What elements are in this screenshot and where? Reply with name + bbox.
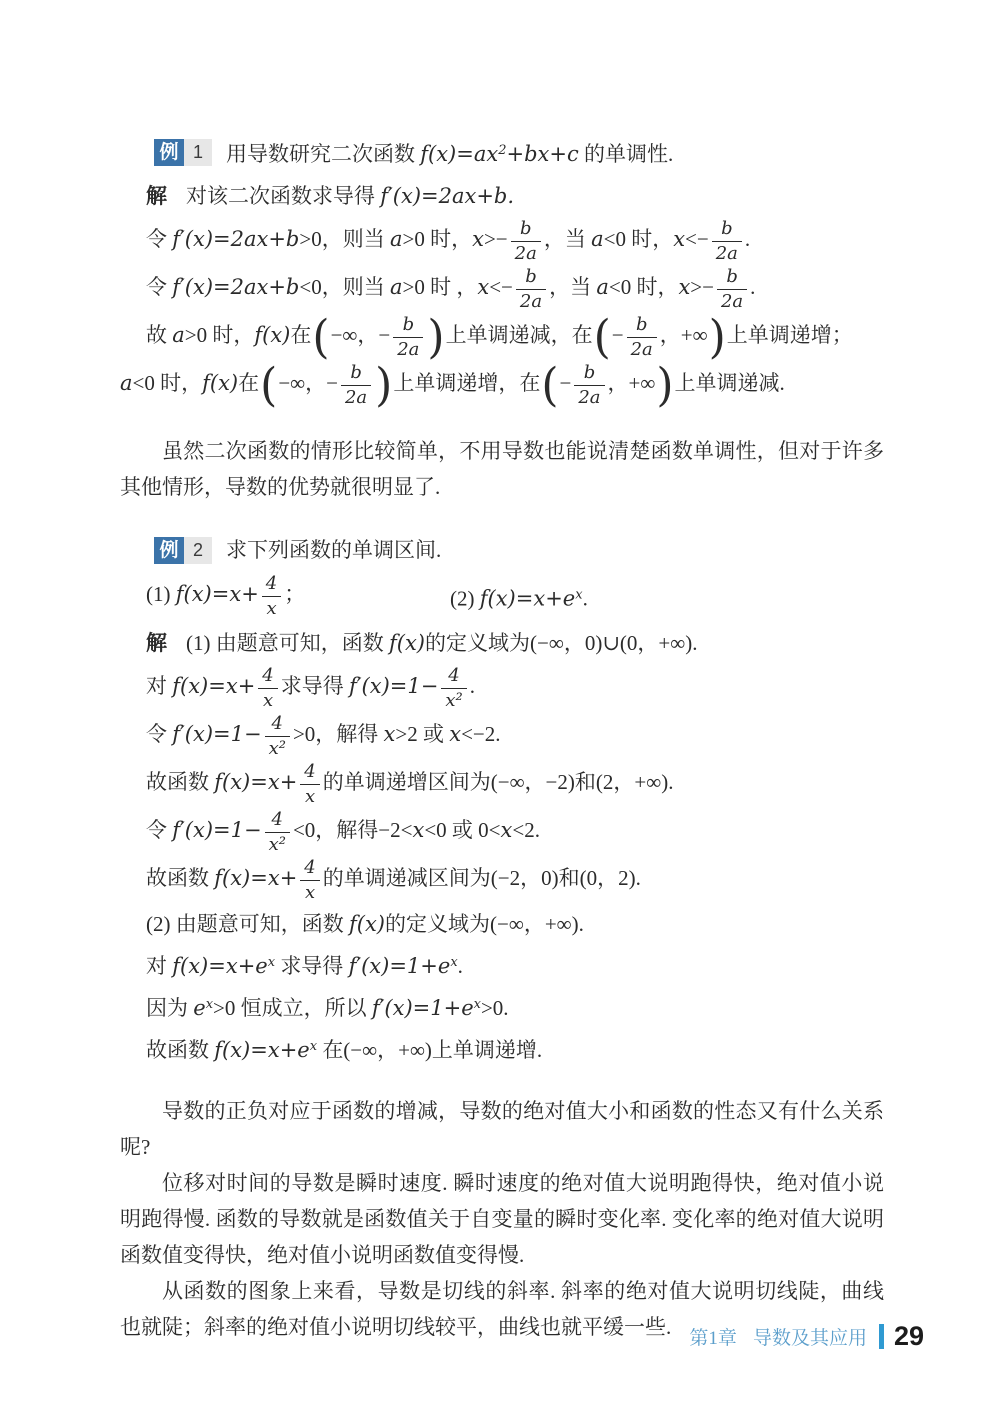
text-run: 用导数研究二次函数: [226, 142, 420, 166]
math-run: f(x): [254, 323, 290, 347]
footer-page-number: 29: [894, 1321, 924, 1352]
text-run: >−: [484, 227, 508, 251]
fraction-numerator: 4: [258, 667, 277, 688]
superscript: 2: [498, 143, 506, 158]
fraction-numerator: 4: [265, 811, 290, 832]
fraction: b2a: [627, 316, 657, 359]
big-paren: (: [594, 317, 611, 359]
text-run: −: [612, 323, 624, 347]
rich-text: 令 f′(x)=1−4x²<0，解得−2<x<0 或 0<x<2.: [146, 818, 540, 842]
superscript: x: [474, 997, 481, 1012]
text-run: 的单调性.: [579, 142, 674, 166]
math-run: f(x): [349, 912, 385, 936]
math-line: 令 f′(x)=1−4x²>0，解得 x>2 或 x<−2.: [120, 715, 884, 758]
fraction-denominator: 2a: [627, 337, 657, 359]
math-run: f′(x)=1−: [349, 674, 438, 698]
text-run: 求导得: [275, 954, 349, 978]
example-heading: 例2求下列函数的单调区间.: [120, 535, 884, 565]
math-run: a: [120, 371, 133, 395]
paragraph: 导数的正负对应于函数的增减，导数的绝对值大小和函数的性态又有什么关系呢?: [120, 1093, 884, 1165]
example-badge-label: 例: [154, 139, 184, 166]
text-run: 故函数: [146, 1038, 214, 1062]
math-run: f′(x)=2ax+b: [172, 275, 299, 299]
text-run: 令: [146, 275, 172, 299]
rich-text: a<0 时，f(x)在(−∞，−b2a)上单调递增，在(−b2a，+∞)上单调递…: [120, 371, 785, 395]
rich-text: 对 f(x)=x+4x求导得 f′(x)=1−4x².: [146, 674, 475, 698]
text-run: 求导得: [281, 674, 349, 698]
text-run: 求下列函数的单调区间.: [226, 538, 441, 562]
text-run: <−: [685, 227, 709, 251]
math-run: x: [472, 227, 484, 251]
text-run: (2): [450, 586, 480, 610]
text-run: −: [560, 371, 572, 395]
fraction-numerator: b: [341, 364, 371, 385]
math-run: a: [596, 275, 609, 299]
page-footer: 第1章 导数及其应用 29: [689, 1321, 924, 1352]
math-run: f(x)=x+e: [172, 954, 267, 978]
rich-text: 对该二次函数求导得 f′(x)=2ax+b.: [186, 184, 514, 208]
text-run: ，当: [544, 227, 591, 251]
rich-text: 故函数 f(x)=x+4x的单调递减区间为(−2，0)和(0，2).: [146, 866, 641, 890]
superscript: x: [310, 1039, 317, 1054]
math-run: f′(x)=1+e: [349, 954, 451, 978]
text-run: (1): [146, 582, 176, 606]
text-run: 上单调递增；: [727, 323, 853, 347]
big-paren: ): [375, 365, 392, 407]
fraction-denominator: x: [258, 688, 277, 710]
math-line: 令 f′(x)=1−4x²<0，解得−2<x<0 或 0<x<2.: [120, 811, 884, 854]
math-run: f(x): [389, 631, 425, 655]
content-area: 例1用导数研究二次函数 f(x)=ax2+bx+c 的单调性.解对该二次函数求导…: [120, 136, 884, 1345]
column-item-1: (1) f(x)=x+4x；: [146, 582, 305, 606]
fraction: b2a: [393, 316, 423, 359]
superscript: x: [575, 587, 582, 602]
big-paren: ): [656, 365, 673, 407]
math-run: a: [172, 323, 185, 347]
math-run: e: [193, 996, 205, 1020]
fraction: 4x²: [265, 715, 290, 758]
rich-text: (1) f(x)=x+4x；: [146, 582, 305, 606]
math-run: f′(x)=1−: [172, 818, 261, 842]
big-paren: (: [541, 365, 558, 407]
fraction-numerator: 4: [300, 859, 319, 880]
text-run: 在(−∞，+∞)上单调递增.: [317, 1038, 542, 1062]
text-run: −∞，−: [278, 371, 338, 395]
text-run: (2) 由题意可知，函数: [146, 912, 349, 936]
math-run: f(x)=x+e: [480, 586, 575, 610]
math-line: 令 f′(x)=2ax+b<0，则当 a>0 时 ，x<−b2a，当 a<0 时…: [120, 268, 884, 311]
math-line: 故函数 f(x)=x+4x的单调递减区间为(−2，0)和(0，2).: [120, 859, 884, 902]
rich-text: 求下列函数的单调区间.: [226, 535, 441, 565]
rich-text: (1) 由题意可知，函数 f(x)的定义域为(−∞，0)∪(0，+∞).: [186, 631, 697, 655]
math-run: f(x): [202, 371, 238, 395]
math-line: a<0 时，f(x)在(−∞，−b2a)上单调递增，在(−b2a，+∞)上单调递…: [120, 364, 884, 407]
math-line: 令 f′(x)=2ax+b>0，则当 a>0 时，x>−b2a，当 a<0 时，…: [120, 220, 884, 263]
text-run: .: [458, 954, 463, 978]
math-run: x: [412, 818, 424, 842]
fraction-denominator: 2a: [511, 241, 541, 263]
text-run: 的定义域为(−∞，0)∪(0，+∞).: [425, 631, 697, 655]
text-run: ，当: [549, 275, 596, 299]
text-run: >0 时，: [403, 227, 473, 251]
text-run: 上单调递减，在: [446, 323, 593, 347]
fraction-numerator: b: [516, 268, 546, 289]
math-run: f′(x)=2ax+b: [172, 227, 299, 251]
big-paren: ): [709, 317, 726, 359]
text-run: >0.: [481, 996, 509, 1020]
rich-text: 故函数 f(x)=x+ex 在(−∞，+∞)上单调递增.: [146, 1038, 542, 1062]
text-run: .: [583, 586, 588, 610]
text-run: 故函数: [146, 770, 214, 794]
text-run: 故函数: [146, 866, 214, 890]
text-run: .: [750, 275, 755, 299]
example-heading: 例1用导数研究二次函数 f(x)=ax2+bx+c 的单调性.: [120, 136, 884, 169]
text-run: 的单调递增区间为(−∞，−2)和(2，+∞).: [323, 770, 674, 794]
fraction-denominator: x: [300, 880, 319, 902]
math-line: (2) 由题意可知，函数 f(x)的定义域为(−∞，+∞).: [120, 907, 884, 941]
math-line: 因为 ex>0 恒成立，所以 f′(x)=1+ex>0.: [120, 988, 884, 1025]
footer-divider-bar: [879, 1324, 884, 1349]
rich-text: 因为 ex>0 恒成立，所以 f′(x)=1+ex>0.: [146, 996, 509, 1020]
paragraph: 位移对时间的导数是瞬时速度. 瞬时速度的绝对值大说明跑得快，绝对值小说明跑得慢.…: [120, 1165, 884, 1273]
solution-line: 解(1) 由题意可知，函数 f(x)的定义域为(−∞，0)∪(0，+∞).: [120, 626, 884, 660]
math-run: a: [591, 227, 604, 251]
fraction-numerator: b: [712, 220, 742, 241]
fraction-numerator: b: [574, 364, 604, 385]
rich-text: 对 f(x)=x+ex 求导得 f′(x)=1+ex.: [146, 954, 463, 978]
text-run: <0，解得−2<: [293, 818, 413, 842]
math-run: f′(x)=2ax+b.: [380, 184, 514, 208]
fraction-denominator: 2a: [516, 289, 546, 311]
fraction: 4x²: [265, 811, 290, 854]
math-line: 故函数 f(x)=x+4x的单调递增区间为(−∞，−2)和(2，+∞).: [120, 763, 884, 806]
math-run: f(x)=x+: [214, 866, 297, 890]
rich-text: (2) f(x)=x+ex.: [450, 586, 588, 610]
fraction-numerator: b: [627, 316, 657, 337]
math-run: x: [678, 275, 690, 299]
fraction: 4x: [258, 667, 277, 710]
superscript: x: [268, 955, 275, 970]
text-run: 因为: [146, 996, 193, 1020]
text-run: 在: [238, 371, 259, 395]
math-run: x: [384, 722, 396, 746]
big-paren: ): [427, 317, 444, 359]
text-run: >0 时 ，: [403, 275, 478, 299]
text-run: >0 时，: [185, 323, 255, 347]
text-run: <0 时，: [133, 371, 203, 395]
text-run: 令: [146, 818, 172, 842]
fraction: b2a: [516, 268, 546, 311]
rich-text: 令 f′(x)=1−4x²>0，解得 x>2 或 x<−2.: [146, 722, 501, 746]
text-run: >2 或: [395, 722, 449, 746]
math-run: f′(x)=1+e: [372, 996, 474, 1020]
text-run: >0 恒成立，所以: [213, 996, 372, 1020]
math-run: f(x)=x+: [172, 674, 255, 698]
math-run: f(x)=x+e: [214, 1038, 309, 1062]
example-badge-label: 例: [154, 537, 184, 564]
text-run: <−: [489, 275, 513, 299]
big-paren: (: [312, 317, 329, 359]
fraction-denominator: 2a: [341, 385, 371, 407]
fraction-denominator: 2a: [712, 241, 742, 263]
rich-text: 故函数 f(x)=x+4x的单调递增区间为(−∞，−2)和(2，+∞).: [146, 770, 673, 794]
math-line: 故函数 f(x)=x+ex 在(−∞，+∞)上单调递增.: [120, 1030, 884, 1067]
math-line: 对 f(x)=x+ex 求导得 f′(x)=1+ex.: [120, 946, 884, 983]
text-run: <0 或 0<: [424, 818, 500, 842]
text-run: <0 时，: [609, 275, 679, 299]
text-run: >−: [690, 275, 714, 299]
text-run: 令: [146, 227, 172, 251]
fraction: 4x: [262, 575, 281, 618]
math-run: f(x)=x+: [176, 582, 259, 606]
fraction-numerator: 4: [262, 575, 281, 596]
fraction-denominator: x²: [265, 832, 290, 854]
superscript: x: [206, 997, 213, 1012]
text-run: ，+∞: [608, 371, 656, 395]
two-column-line: (1) f(x)=x+4x；(2) f(x)=x+ex.: [120, 575, 884, 618]
text-run: <2.: [512, 818, 540, 842]
text-run: 在: [290, 323, 311, 347]
textbook-page: 例1用导数研究二次函数 f(x)=ax2+bx+c 的单调性.解对该二次函数求导…: [0, 0, 1000, 1422]
text-run: ，+∞: [660, 323, 708, 347]
math-run: f(x)=x+: [214, 770, 297, 794]
text-run: 令: [146, 722, 172, 746]
fraction-denominator: x²: [265, 736, 290, 758]
math-run: a: [390, 275, 403, 299]
fraction: b2a: [341, 364, 371, 407]
big-paren: (: [260, 365, 277, 407]
example-number: 1: [184, 139, 212, 166]
fraction-numerator: b: [393, 316, 423, 337]
text-run: <−2.: [461, 722, 500, 746]
math-run: x: [673, 227, 685, 251]
math-line: 故 a>0 时，f(x)在(−∞，−b2a)上单调递减，在(−b2a，+∞)上单…: [120, 316, 884, 359]
fraction: 4x: [300, 859, 319, 902]
math-run: +bx+c: [507, 142, 579, 166]
fraction-numerator: b: [717, 268, 747, 289]
text-run: .: [745, 227, 750, 251]
text-run: .: [470, 674, 475, 698]
solution-line: 解对该二次函数求导得 f′(x)=2ax+b.: [120, 179, 884, 213]
footer-chapter: 第1章: [689, 1323, 737, 1350]
text-run: 故: [146, 323, 172, 347]
fraction-denominator: 2a: [574, 385, 604, 407]
math-run: x: [477, 275, 489, 299]
rich-text: 用导数研究二次函数 f(x)=ax2+bx+c 的单调性.: [226, 136, 673, 169]
fraction-numerator: b: [511, 220, 541, 241]
paragraph: 虽然二次函数的情形比较简单，不用导数也能说清楚函数单调性，但对于许多其他情形，导…: [120, 433, 884, 505]
example-badge: 例2: [154, 537, 212, 564]
fraction-denominator: x: [300, 784, 319, 806]
column-item-2: (2) f(x)=x+ex.: [450, 578, 588, 615]
text-run: <0 时，: [604, 227, 674, 251]
fraction-denominator: 2a: [393, 337, 423, 359]
rich-text: 令 f′(x)=2ax+b<0，则当 a>0 时 ，x<−b2a，当 a<0 时…: [146, 275, 755, 299]
math-run: x: [449, 722, 461, 746]
fraction-numerator: 4: [265, 715, 290, 736]
fraction: b2a: [511, 220, 541, 263]
math-run: x: [501, 818, 513, 842]
text-run: >0，则当: [299, 227, 390, 251]
fraction-numerator: 4: [300, 763, 319, 784]
text-run: 对: [146, 674, 172, 698]
fraction: b2a: [712, 220, 742, 263]
fraction-denominator: x: [262, 596, 281, 618]
math-run: f′(x)=1−: [172, 722, 261, 746]
solution-label: 解: [146, 184, 168, 208]
fraction: 4x: [300, 763, 319, 806]
fraction-denominator: x²: [441, 688, 466, 710]
fraction: 4x²: [441, 667, 466, 710]
fraction: b2a: [574, 364, 604, 407]
text-run: >0，解得: [293, 722, 384, 746]
text-run: 对该二次函数求导得: [186, 184, 380, 208]
footer-section-title: 导数及其应用: [753, 1323, 867, 1350]
example-badge: 例1: [154, 139, 212, 166]
math-run: f(x)=ax: [420, 142, 498, 166]
text-run: 上单调递减.: [675, 371, 785, 395]
math-line: 对 f(x)=x+4x求导得 f′(x)=1−4x².: [120, 667, 884, 710]
example-number: 2: [184, 537, 212, 564]
text-run: (1) 由题意可知，函数: [186, 631, 389, 655]
text-run: −∞，−: [331, 323, 391, 347]
text-run: 上单调递增，在: [393, 371, 540, 395]
solution-label: 解: [146, 631, 168, 655]
text-run: <0，则当: [299, 275, 390, 299]
fraction: b2a: [717, 268, 747, 311]
rich-text: (2) 由题意可知，函数 f(x)的定义域为(−∞，+∞).: [146, 912, 584, 936]
fraction-numerator: 4: [441, 667, 466, 688]
text-run: ；: [284, 582, 305, 606]
fraction-denominator: 2a: [717, 289, 747, 311]
text-run: 的定义域为(−∞，+∞).: [385, 912, 584, 936]
rich-text: 令 f′(x)=2ax+b>0，则当 a>0 时，x>−b2a，当 a<0 时，…: [146, 227, 750, 251]
text-run: 的单调递减区间为(−2，0)和(0，2).: [323, 866, 641, 890]
superscript: x: [450, 955, 457, 970]
math-run: a: [390, 227, 403, 251]
text-run: 对: [146, 954, 172, 978]
rich-text: 故 a>0 时，f(x)在(−∞，−b2a)上单调递减，在(−b2a，+∞)上单…: [146, 323, 853, 347]
